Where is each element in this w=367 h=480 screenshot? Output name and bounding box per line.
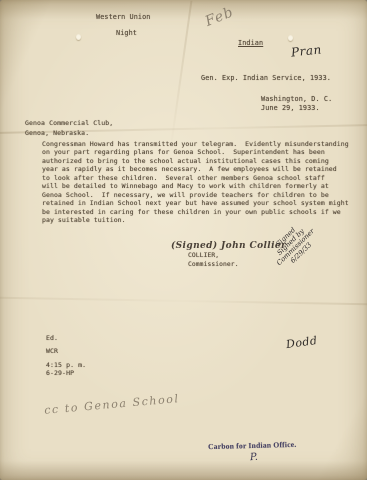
body-line: Genoa School. If necessary, we will prov… bbox=[42, 191, 349, 199]
cc-handwritten-note: cc to Genoa School bbox=[44, 392, 180, 417]
account-line: Gen. Exp. Indian Service, 1933. bbox=[201, 74, 331, 82]
date-line: June 29, 1933. bbox=[261, 104, 320, 112]
body-line: authorized to bring to the school actual… bbox=[42, 157, 349, 165]
body-line: be interested in caring for these childr… bbox=[42, 208, 349, 216]
recipient-line-1: Genoa Commercial Club, bbox=[25, 119, 113, 129]
carbon-initial-handwritten: P. bbox=[250, 452, 259, 464]
feb-handwritten-note: Feb bbox=[203, 4, 236, 30]
signer-name: COLLIER, bbox=[188, 252, 219, 259]
punch-hole bbox=[288, 35, 293, 41]
letter-body: Congressman Howard has transmitted your … bbox=[42, 140, 349, 225]
indian-heading: Indian bbox=[238, 39, 263, 47]
date-initials-note: 6-29-HP bbox=[46, 369, 74, 377]
place-line: Washington, D. C. bbox=[261, 95, 332, 103]
night-label: Night bbox=[116, 29, 137, 37]
body-line: year as rapidly as it becomes necessary.… bbox=[42, 165, 349, 173]
letter-scan: Western Union Night Indian Gen. Exp. Ind… bbox=[0, 0, 367, 480]
typist-initials: WCR bbox=[46, 347, 58, 355]
western-union-label: Western Union bbox=[96, 13, 151, 21]
signer-title: Commissioner. bbox=[188, 261, 239, 268]
body-line: will be detailed to Winnebago and Macy t… bbox=[42, 182, 349, 190]
body-line: on your part regarding plans for Genoa S… bbox=[42, 148, 349, 156]
paper-crease bbox=[0, 297, 367, 305]
time-note: 4:15 p. m. bbox=[46, 361, 86, 369]
routing-handwritten-mark: Pran bbox=[290, 42, 322, 59]
punch-hole bbox=[76, 34, 81, 40]
paper-crease bbox=[170, 1, 193, 150]
carbon-office-stamp: Carbon for Indian Office. bbox=[208, 440, 297, 451]
body-line: Congressman Howard has transmitted your … bbox=[42, 140, 349, 148]
body-line: to look after these children. Several ot… bbox=[42, 174, 349, 182]
signed-by-handwritten-note: Signed Signed by Commissioner 6/29/33 bbox=[266, 218, 321, 273]
recipient-line-2: Genoa, Nebraska. bbox=[25, 129, 89, 139]
body-line: retained in Indian School next year but … bbox=[42, 199, 349, 207]
dodd-handwritten-note: Dodd bbox=[285, 334, 318, 351]
dept-initials: Ed. bbox=[46, 334, 58, 342]
